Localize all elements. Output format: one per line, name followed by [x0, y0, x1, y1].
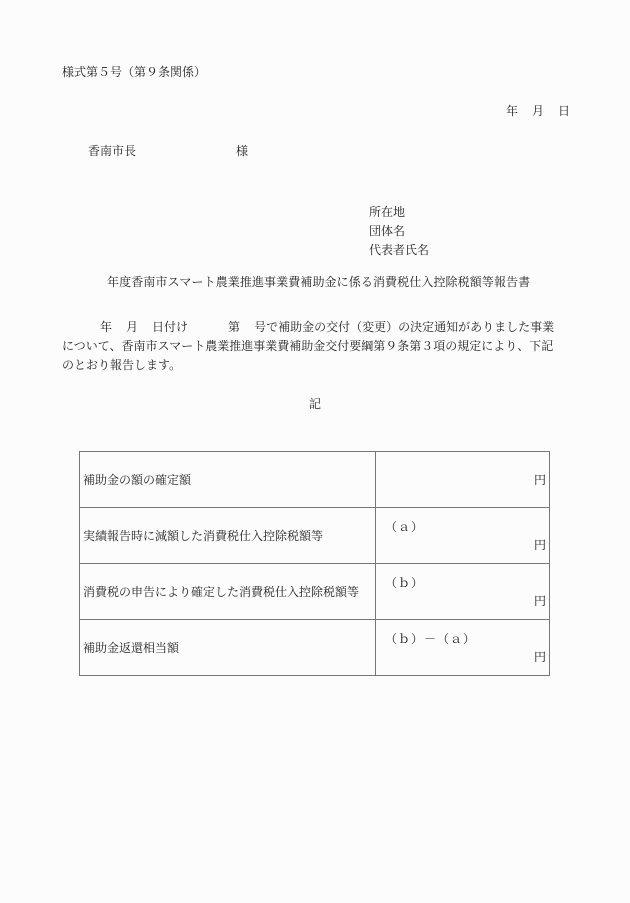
date-line: 年月日 [506, 105, 570, 117]
row-value-cell[interactable]: （ａ） 円 [376, 508, 550, 564]
date-month-label: 月 [532, 105, 544, 117]
body-paragraph: 年月日付け第号で補助金の交付（変更）の決定通知がありました事業 について、香南市… [62, 318, 572, 375]
report-title: 年度香南市スマート農業推進事業費補助金に係る消費税仕入控除税額等報告書 [107, 276, 530, 288]
body-line-1: 年月日付け第号で補助金の交付（変更）の決定通知がありました事業 [62, 318, 572, 337]
table-row: 消費税の申告により確定した消費税仕入控除税額等 （ｂ） 円 [80, 564, 550, 620]
yen-unit: 円 [534, 595, 546, 607]
form-number: 様式第５号（第９条関係） [62, 66, 206, 78]
table-row: 補助金返還相当額 （ｂ）－（ａ） 円 [80, 620, 550, 676]
table-row: 実績報告時に減額した消費税仕入控除税額等 （ａ） 円 [80, 508, 550, 564]
body-year: 年 [100, 320, 112, 334]
row-label: 消費税の申告により確定した消費税仕入控除税額等 [80, 564, 376, 620]
report-table: 補助金の額の確定額 円 実績報告時に減額した消費税仕入控除税額等 （ａ） 円 消… [79, 451, 550, 676]
date-day-label: 日 [558, 105, 570, 117]
yen-unit: 円 [534, 474, 546, 486]
applicant-organization-label: 団体名 [369, 222, 429, 241]
row-label: 補助金返還相当額 [80, 620, 376, 676]
body-day-dated: 日付け [152, 320, 188, 334]
body-line-2: について、香南市スマート農業推進事業費補助金交付要綱第９条第３項の規定により、下… [62, 337, 572, 356]
ki-heading: 記 [309, 398, 321, 410]
row-value-cell[interactable]: 円 [376, 452, 550, 508]
yen-unit: 円 [534, 539, 546, 551]
body-month: 月 [126, 320, 138, 334]
row-label: 補助金の額の確定額 [80, 452, 376, 508]
table-row: 補助金の額の確定額 円 [80, 452, 550, 508]
row-tag: （ｂ）－（ａ） [385, 633, 476, 645]
yen-unit: 円 [534, 651, 546, 663]
date-year-label: 年 [506, 105, 518, 117]
applicant-representative-label: 代表者氏名 [369, 241, 429, 260]
row-value-cell[interactable]: （ｂ） 円 [376, 564, 550, 620]
applicant-block: 所在地 団体名 代表者氏名 [369, 203, 429, 260]
body-number-prefix: 第 [228, 320, 240, 334]
applicant-location-label: 所在地 [369, 203, 429, 222]
body-line-3: のとおり報告します。 [62, 356, 572, 375]
row-value-cell[interactable]: （ｂ）－（ａ） 円 [376, 620, 550, 676]
body-line-1-rest: 号で補助金の交付（変更）の決定通知がありました事業 [254, 320, 554, 334]
row-tag: （ａ） [385, 521, 424, 533]
addressee-honorific: 様 [236, 145, 248, 157]
row-tag: （ｂ） [385, 577, 424, 589]
addressee-name: 香南市長 [88, 145, 136, 157]
row-label: 実績報告時に減額した消費税仕入控除税額等 [80, 508, 376, 564]
